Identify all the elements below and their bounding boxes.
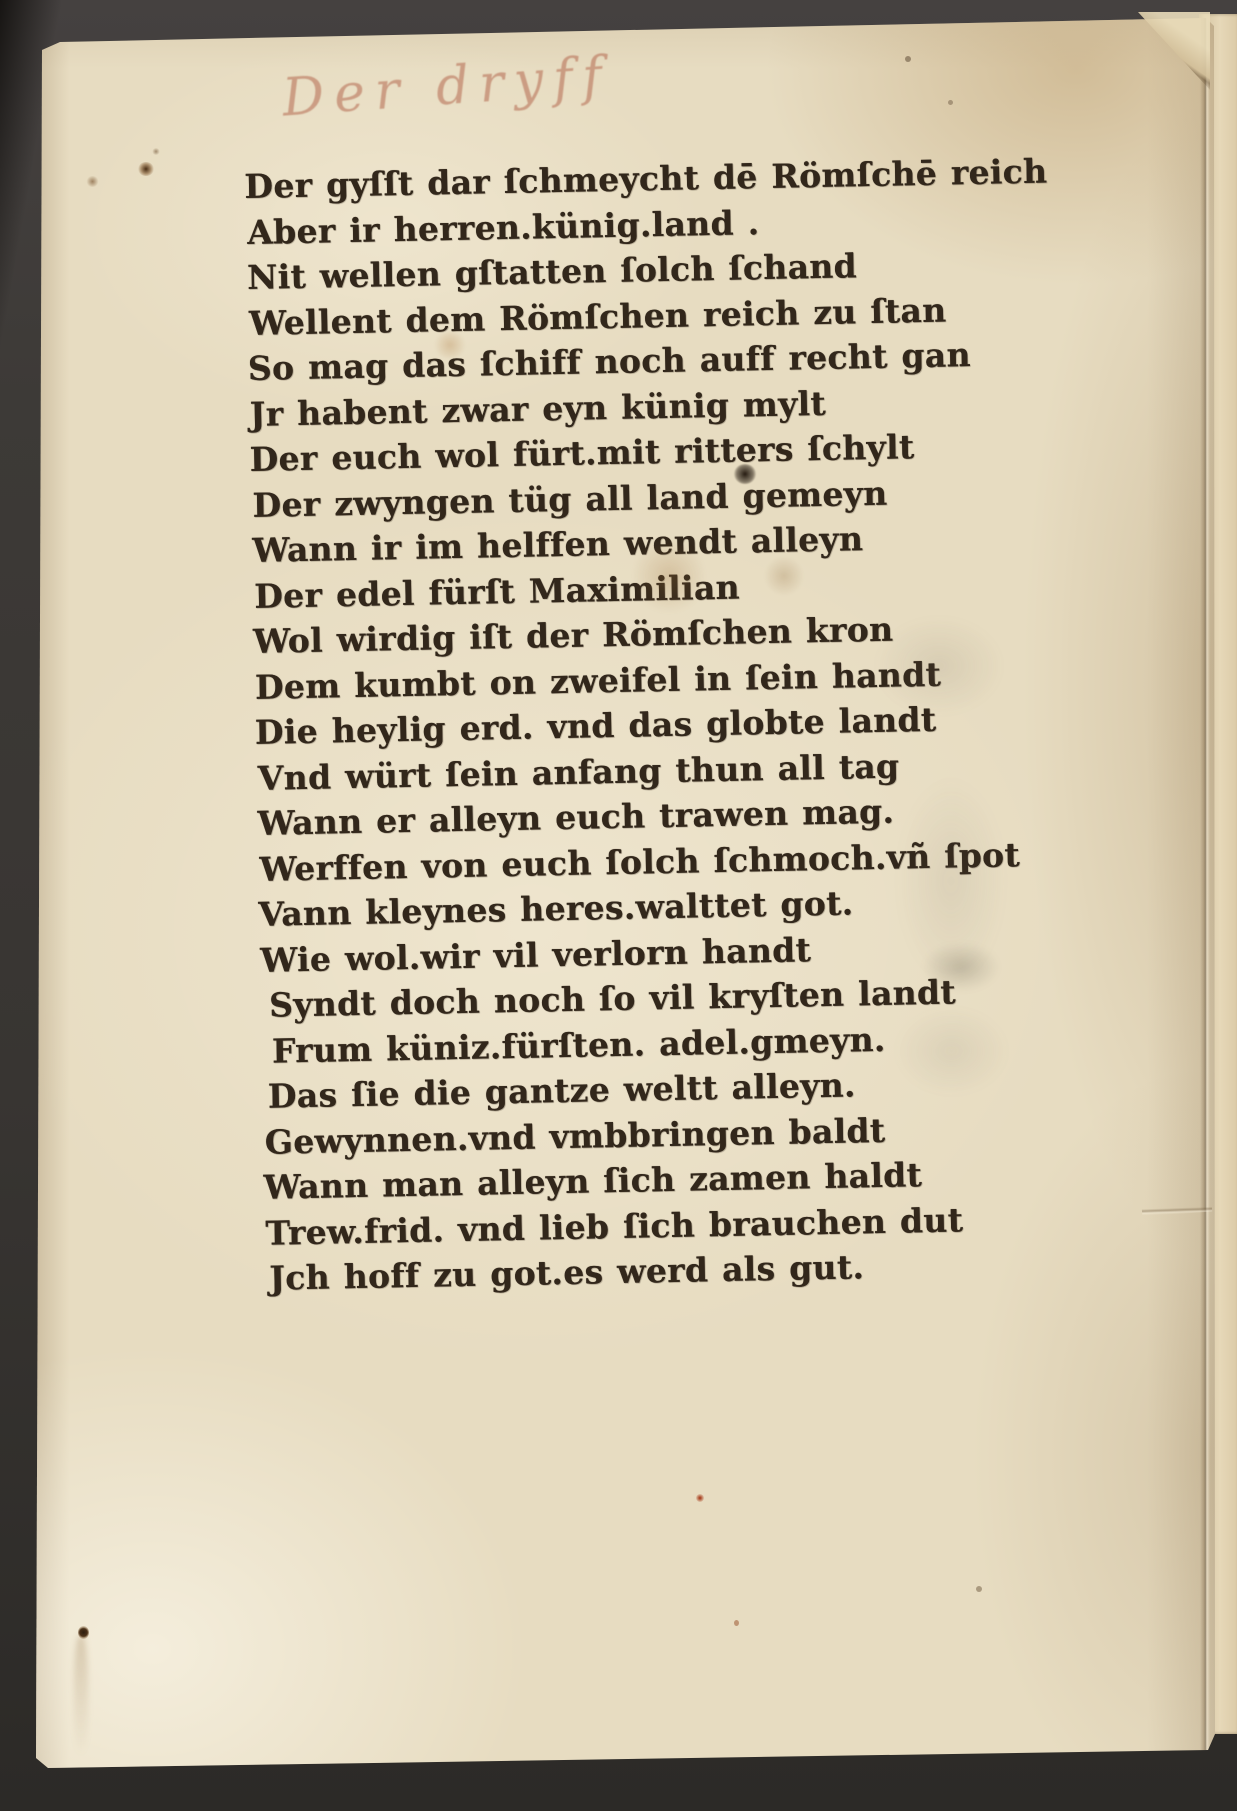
book-page: Der dryff Der gyſſt dar ſchmeycht dē Röm… (34, 16, 1218, 1772)
wormhole (78, 1626, 89, 1639)
scan-backdrop: Der dryff Der gyſſt dar ſchmeycht dē Röm… (0, 0, 1237, 1811)
fox-spot (152, 148, 160, 155)
stain-trail (74, 1636, 88, 1756)
red-ink-dot (696, 1494, 704, 1502)
fox-spot (138, 162, 154, 176)
ink-speck (976, 1586, 982, 1592)
fore-edge-crease (1200, 16, 1210, 1772)
poem-text-block: Der gyſſt dar ſchmeycht dē Römſchē reich… (244, 149, 1056, 1301)
ink-speck (948, 100, 953, 105)
rust-speck (734, 1620, 739, 1626)
fox-spot (86, 176, 99, 187)
ink-speck (905, 56, 911, 62)
handwritten-inscription: Der dryff (280, 39, 703, 128)
